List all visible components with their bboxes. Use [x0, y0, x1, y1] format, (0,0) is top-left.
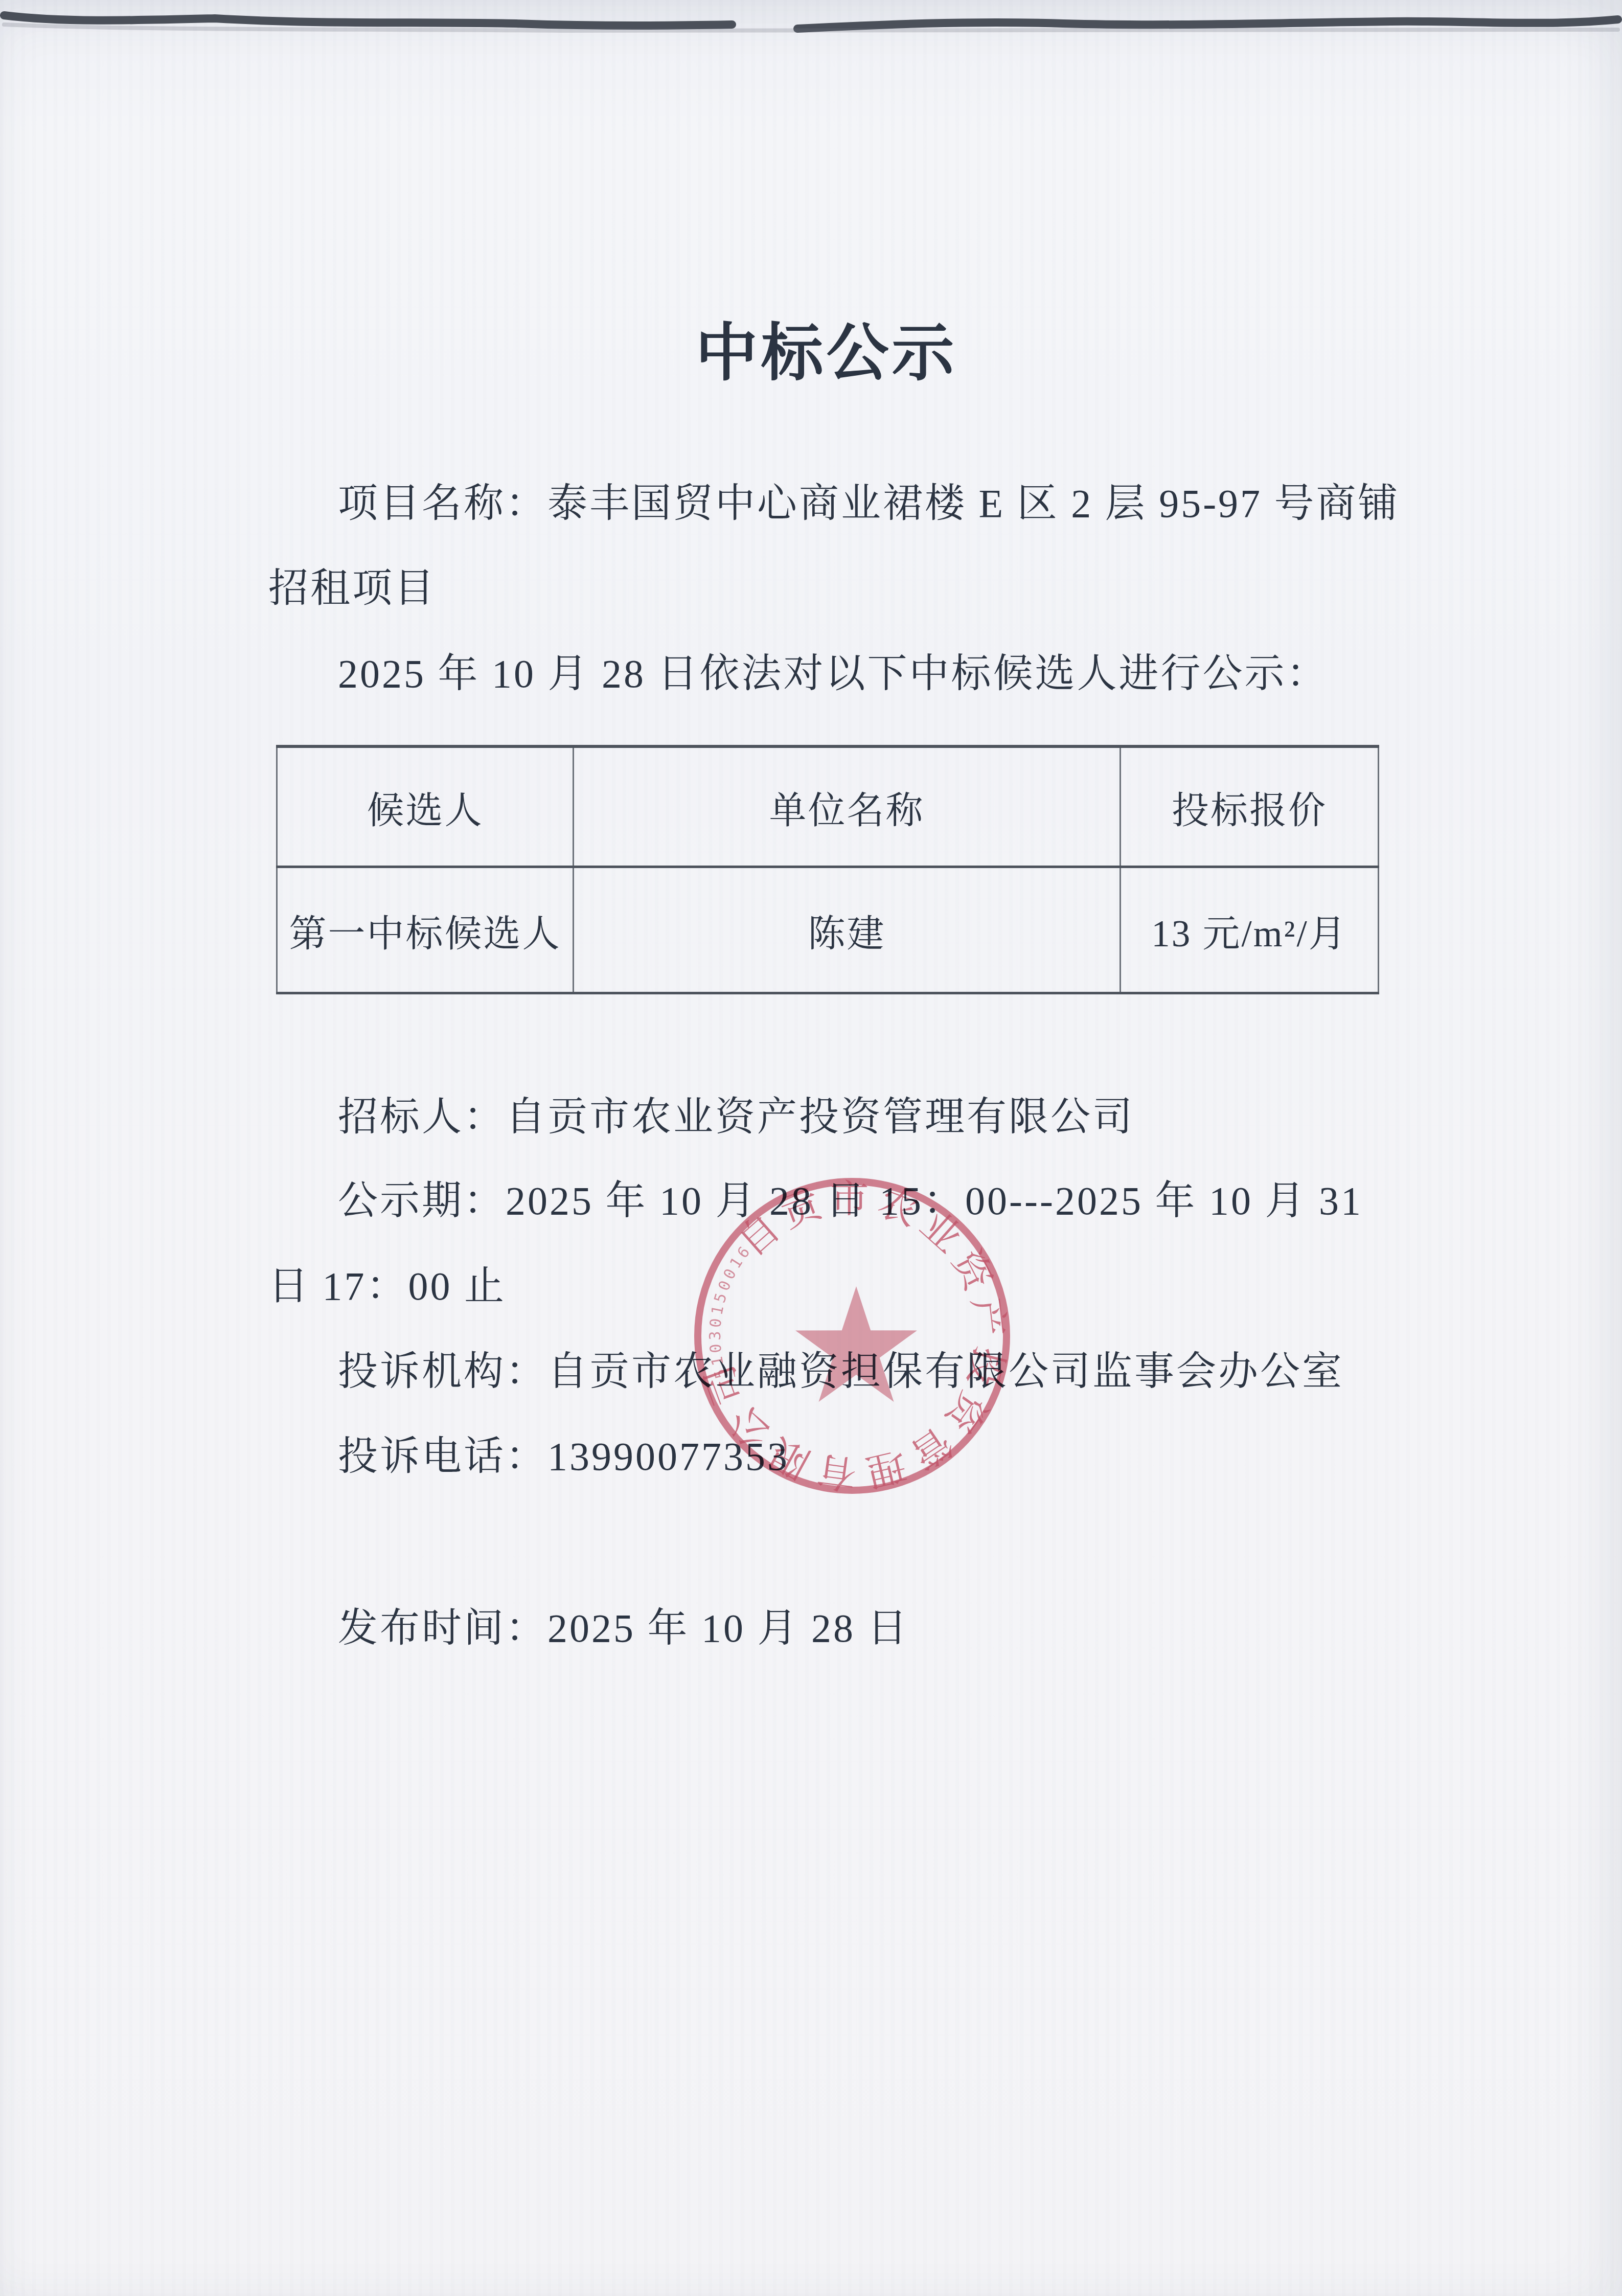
cell-unit-name: 陈建: [574, 867, 1121, 993]
seal-star-icon: [795, 1286, 917, 1402]
cell-candidate-rank: 第一中标候选人: [277, 867, 574, 993]
table-row: 第一中标候选人 陈建 13 元/m²/月: [277, 867, 1379, 993]
bid-candidates-table: 候选人 单位名称 投标报价 第一中标候选人 陈建 13 元/m²/月: [276, 745, 1379, 994]
header-unit-name: 单位名称: [574, 746, 1121, 867]
publish-date-line: 发布时间：2025 年 10 月 28 日: [268, 1596, 1565, 1653]
document-title: 中标公示: [0, 303, 1622, 392]
company-seal-stamp: 自贡市农业资产投资管理有限公司 51030150016: [676, 1160, 1029, 1512]
cell-bid-price: 13 元/m²/月: [1121, 867, 1379, 993]
header-candidate: 候选人: [277, 746, 574, 867]
table-header-row: 候选人 单位名称 投标报价: [277, 746, 1379, 867]
project-name-line2: 招租项目: [268, 556, 1495, 613]
announcement-date-line: 2025 年 10 月 28 日依法对以下中标候选人进行公示：: [268, 642, 1565, 699]
scanned-document-page: 中标公示 项目名称：泰丰国贸中心商业裙楼 E 区 2 层 95-97 号商铺 招…: [0, 0, 1622, 2296]
scan-edge-artifact: [0, 0, 1622, 66]
tenderer-line: 招标人：自贡市农业资产投资管理有限公司: [268, 1085, 1565, 1142]
project-name-line1: 项目名称：泰丰国贸中心商业裙楼 E 区 2 层 95-97 号商铺: [268, 471, 1565, 529]
header-bid-price: 投标报价: [1121, 746, 1379, 867]
